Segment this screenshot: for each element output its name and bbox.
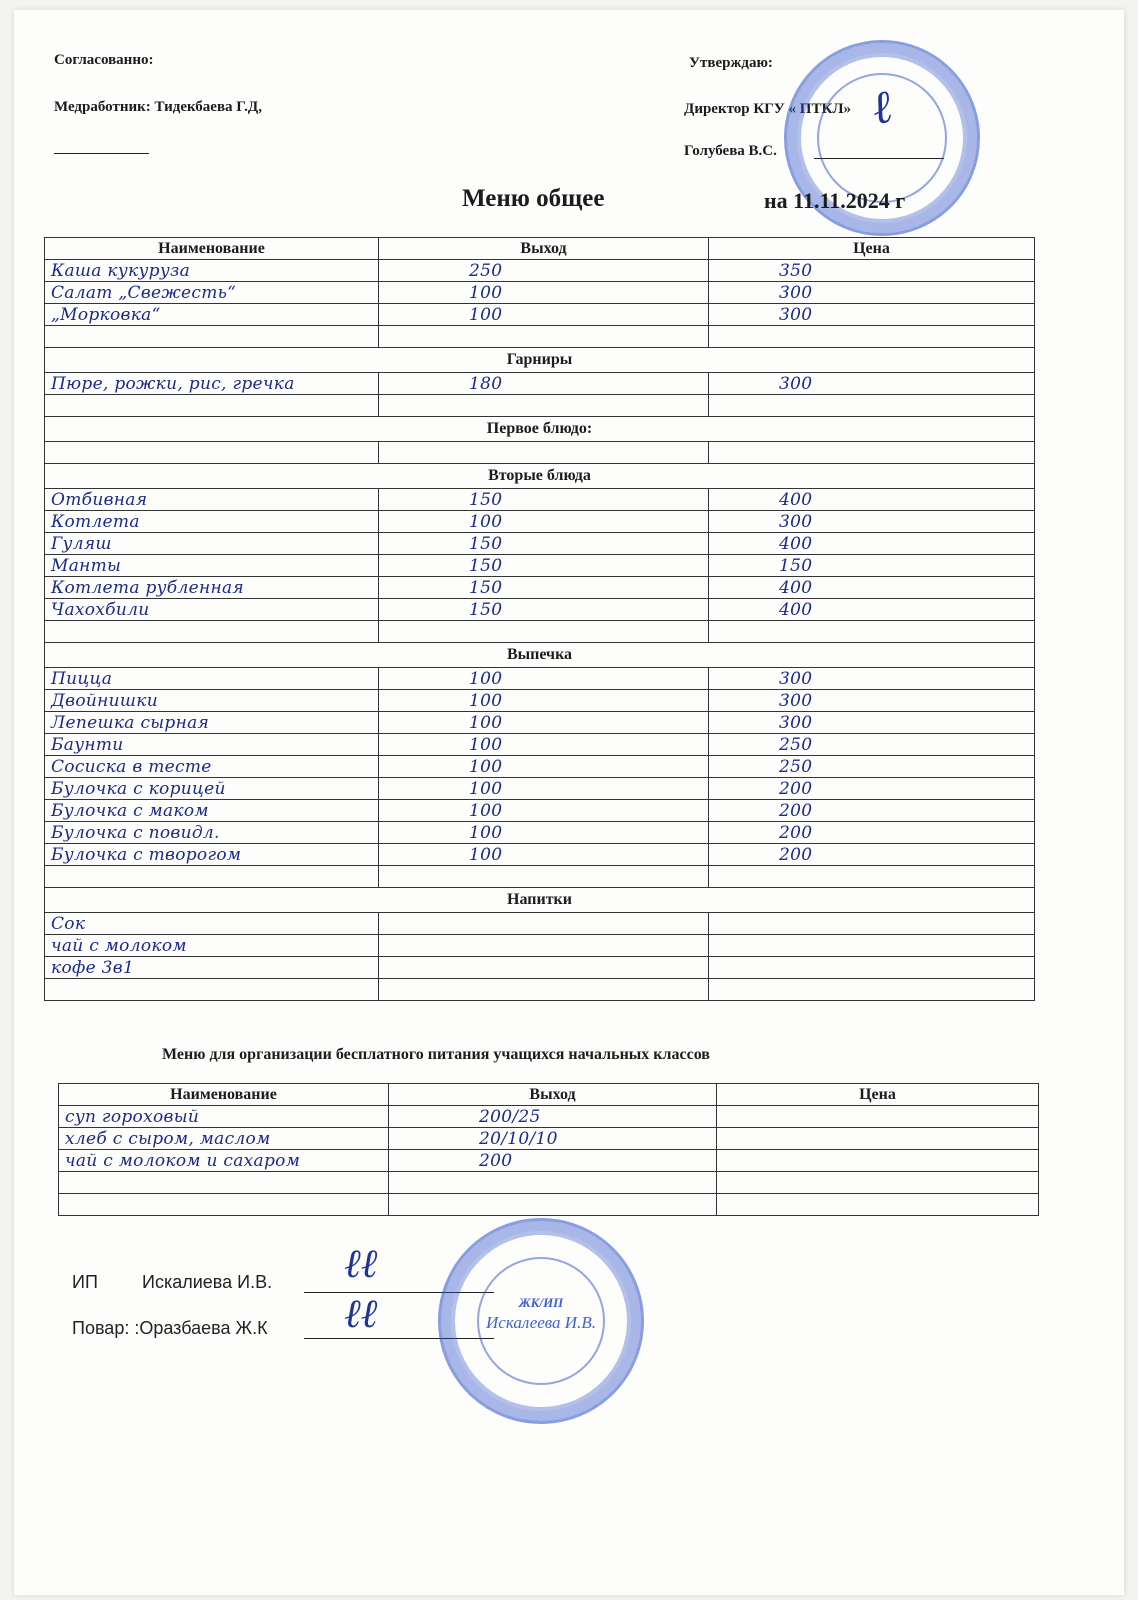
item-name: Гуляш: [45, 533, 379, 555]
free-menu-title: Меню для организации бесплатного питания…: [162, 1046, 710, 1064]
item-name: Пюре, рожки, рис, гречка: [45, 373, 379, 395]
item-price: 300: [709, 712, 1035, 734]
item-price: [717, 1106, 1039, 1128]
empty-cell: [59, 1172, 389, 1194]
table-row: Сок: [45, 913, 1035, 935]
column-header-price: Цена: [709, 238, 1035, 260]
item-price: 300: [709, 304, 1035, 326]
item-price: [717, 1150, 1039, 1172]
table-row: Булочка с корицей100200: [45, 778, 1035, 800]
empty-cell: [379, 395, 709, 417]
cook-signature: ℓℓ: [344, 1290, 377, 1337]
empty-cell: [45, 621, 379, 643]
item-name: Пицца: [45, 668, 379, 690]
item-price: 300: [709, 511, 1035, 533]
empty-cell: [709, 326, 1035, 348]
empty-cell: [709, 395, 1035, 417]
item-price: 400: [709, 489, 1035, 511]
item-portion: 150: [379, 489, 709, 511]
item-price: 200: [709, 822, 1035, 844]
empty-cell: [59, 1194, 389, 1216]
section-title: Первое блюдо:: [45, 417, 1035, 442]
table-row: Булочка с маком100200: [45, 800, 1035, 822]
section-bakery: Выпечка: [45, 643, 1035, 668]
item-name: Двойнишки: [45, 690, 379, 712]
empty-cell: [717, 1172, 1039, 1194]
item-name: Котлета: [45, 511, 379, 533]
item-price: [709, 935, 1035, 957]
item-portion: 100: [379, 712, 709, 734]
medic-name: Медработник: Тидекбаева Г.Д,: [54, 99, 262, 116]
section-second-course: Вторые блюда: [45, 464, 1035, 489]
table-row: Котлета рубленная150400: [45, 577, 1035, 599]
free-menu-table: Наименование Выход Цена суп гороховый200…: [58, 1083, 1039, 1216]
section-title: Выпечка: [45, 643, 1035, 668]
table-row: кофе 3в1: [45, 957, 1035, 979]
table-row: Баунти100250: [45, 734, 1035, 756]
table-row: Каша кукуруза250350: [45, 260, 1035, 282]
section-title: Напитки: [45, 888, 1035, 913]
empty-row: [45, 621, 1035, 643]
table-header-row: Наименование Выход Цена: [45, 238, 1035, 260]
stamp-type: ЖК/ИП: [441, 1295, 641, 1311]
table-row: Пюре, рожки, рис, гречка180300: [45, 373, 1035, 395]
item-name: Котлета рубленная: [45, 577, 379, 599]
ip-name: Искалиева И.В.: [142, 1272, 272, 1293]
item-price: 400: [709, 577, 1035, 599]
empty-cell: [379, 866, 709, 888]
empty-cell: [45, 442, 379, 464]
item-price: [717, 1128, 1039, 1150]
medic-signature-line: [54, 153, 149, 154]
item-price: 300: [709, 373, 1035, 395]
item-name: Сок: [45, 913, 379, 935]
item-name: Сосиска в тесте: [45, 756, 379, 778]
item-name: чай с молоком и сахаром: [59, 1150, 389, 1172]
main-menu-table: Наименование Выход Цена Каша кукуруза250…: [44, 237, 1035, 1001]
item-name: Булочка с творогом: [45, 844, 379, 866]
menu-date: на 11.11.2024 г: [764, 188, 905, 214]
item-portion: 180: [379, 373, 709, 395]
column-header-portion: Выход: [389, 1084, 717, 1106]
column-header-price: Цена: [717, 1084, 1039, 1106]
item-price: 150: [709, 555, 1035, 577]
item-portion: 100: [379, 304, 709, 326]
item-name: кофе 3в1: [45, 957, 379, 979]
stamp-name: Искалеева И.В.: [441, 1313, 641, 1333]
empty-cell: [709, 442, 1035, 464]
page-title: Меню общее: [462, 185, 604, 213]
item-portion: 20/10/10: [389, 1128, 717, 1150]
table-row: Булочка с творогом100200: [45, 844, 1035, 866]
item-price: 350: [709, 260, 1035, 282]
item-portion: [379, 913, 709, 935]
item-portion: 200/25: [389, 1106, 717, 1128]
section-first-course: Первое блюдо:: [45, 417, 1035, 442]
item-name: Отбивная: [45, 489, 379, 511]
item-portion: 100: [379, 511, 709, 533]
item-price: [709, 913, 1035, 935]
item-price: 400: [709, 599, 1035, 621]
item-name: Лепешка сырная: [45, 712, 379, 734]
empty-cell: [389, 1194, 717, 1216]
item-name: Баунти: [45, 734, 379, 756]
item-name: Салат „Свежесть“: [45, 282, 379, 304]
table-row: хлеб с сыром, маслом20/10/10: [59, 1128, 1039, 1150]
empty-cell: [709, 866, 1035, 888]
section-title: Вторые блюда: [45, 464, 1035, 489]
director-name: Голубева В.С.: [684, 143, 777, 160]
column-header-name: Наименование: [59, 1084, 389, 1106]
item-name: Булочка с повидл.: [45, 822, 379, 844]
item-portion: 100: [379, 844, 709, 866]
empty-cell: [379, 442, 709, 464]
item-portion: 250: [379, 260, 709, 282]
section-title: Гарниры: [45, 348, 1035, 373]
empty-cell: [379, 326, 709, 348]
table-row: Салат „Свежесть“100300: [45, 282, 1035, 304]
item-portion: 100: [379, 690, 709, 712]
empty-row: [45, 866, 1035, 888]
agreed-label: Согласованно:: [54, 52, 153, 69]
empty-row: [45, 395, 1035, 417]
table-row: Сосиска в тесте100250: [45, 756, 1035, 778]
item-name: Булочка с маком: [45, 800, 379, 822]
item-portion: 200: [389, 1150, 717, 1172]
item-name: чай с молоком: [45, 935, 379, 957]
approve-label: Утверждаю:: [689, 55, 773, 72]
table-row: Отбивная150400: [45, 489, 1035, 511]
item-portion: 100: [379, 282, 709, 304]
ip-label: ИП: [72, 1272, 98, 1293]
empty-cell: [717, 1194, 1039, 1216]
table-row: чай с молоком и сахаром200: [59, 1150, 1039, 1172]
table-row: Пицца100300: [45, 668, 1035, 690]
section-drinks: Напитки: [45, 888, 1035, 913]
item-portion: [379, 957, 709, 979]
table-row: „Морковка“100300: [45, 304, 1035, 326]
item-price: [709, 957, 1035, 979]
item-price: 200: [709, 800, 1035, 822]
item-portion: 100: [379, 756, 709, 778]
table-row: Котлета100300: [45, 511, 1035, 533]
empty-row: [59, 1172, 1039, 1194]
table-row: суп гороховый200/25: [59, 1106, 1039, 1128]
item-portion: 150: [379, 555, 709, 577]
table-row: Гуляш150400: [45, 533, 1035, 555]
item-portion: 150: [379, 533, 709, 555]
table-row: Булочка с повидл.100200: [45, 822, 1035, 844]
official-stamp-bottom: ЖК/ИП Искалеева И.В.: [438, 1218, 644, 1424]
empty-cell: [709, 979, 1035, 1001]
item-name: Манты: [45, 555, 379, 577]
empty-cell: [379, 621, 709, 643]
item-name: Булочка с корицей: [45, 778, 379, 800]
item-portion: 100: [379, 822, 709, 844]
empty-cell: [379, 979, 709, 1001]
item-price: 250: [709, 756, 1035, 778]
table-row: Чахохбили150400: [45, 599, 1035, 621]
document-page: Согласованно: Медработник: Тидекбаева Г.…: [14, 10, 1124, 1595]
item-name: Каша кукуруза: [45, 260, 379, 282]
ip-signature: ℓℓ: [344, 1240, 377, 1287]
item-price: 300: [709, 690, 1035, 712]
item-price: 250: [709, 734, 1035, 756]
item-price: 300: [709, 668, 1035, 690]
empty-cell: [45, 866, 379, 888]
item-price: 400: [709, 533, 1035, 555]
item-portion: 100: [379, 778, 709, 800]
empty-row: [45, 979, 1035, 1001]
item-price: 200: [709, 778, 1035, 800]
column-header-portion: Выход: [379, 238, 709, 260]
empty-cell: [45, 326, 379, 348]
empty-cell: [45, 395, 379, 417]
table-row: Манты150150: [45, 555, 1035, 577]
empty-cell: [389, 1172, 717, 1194]
table-row: чай с молоком: [45, 935, 1035, 957]
column-header-name: Наименование: [45, 238, 379, 260]
table-header-row: Наименование Выход Цена: [59, 1084, 1039, 1106]
item-portion: 100: [379, 800, 709, 822]
item-name: Чахохбили: [45, 599, 379, 621]
empty-cell: [709, 621, 1035, 643]
item-name: суп гороховый: [59, 1106, 389, 1128]
item-price: 200: [709, 844, 1035, 866]
item-portion: [379, 935, 709, 957]
item-name: „Морковка“: [45, 304, 379, 326]
table-row: Лепешка сырная100300: [45, 712, 1035, 734]
item-portion: 150: [379, 599, 709, 621]
table-row: Двойнишки100300: [45, 690, 1035, 712]
empty-row: [59, 1194, 1039, 1216]
empty-cell: [45, 979, 379, 1001]
item-portion: 100: [379, 734, 709, 756]
section-garnish: Гарниры: [45, 348, 1035, 373]
empty-row: [45, 442, 1035, 464]
item-price: 300: [709, 282, 1035, 304]
empty-row: [45, 326, 1035, 348]
item-portion: 100: [379, 668, 709, 690]
item-name: хлеб с сыром, маслом: [59, 1128, 389, 1150]
cook-name: Повар: :Оразбаева Ж.К: [72, 1318, 268, 1339]
item-portion: 150: [379, 577, 709, 599]
